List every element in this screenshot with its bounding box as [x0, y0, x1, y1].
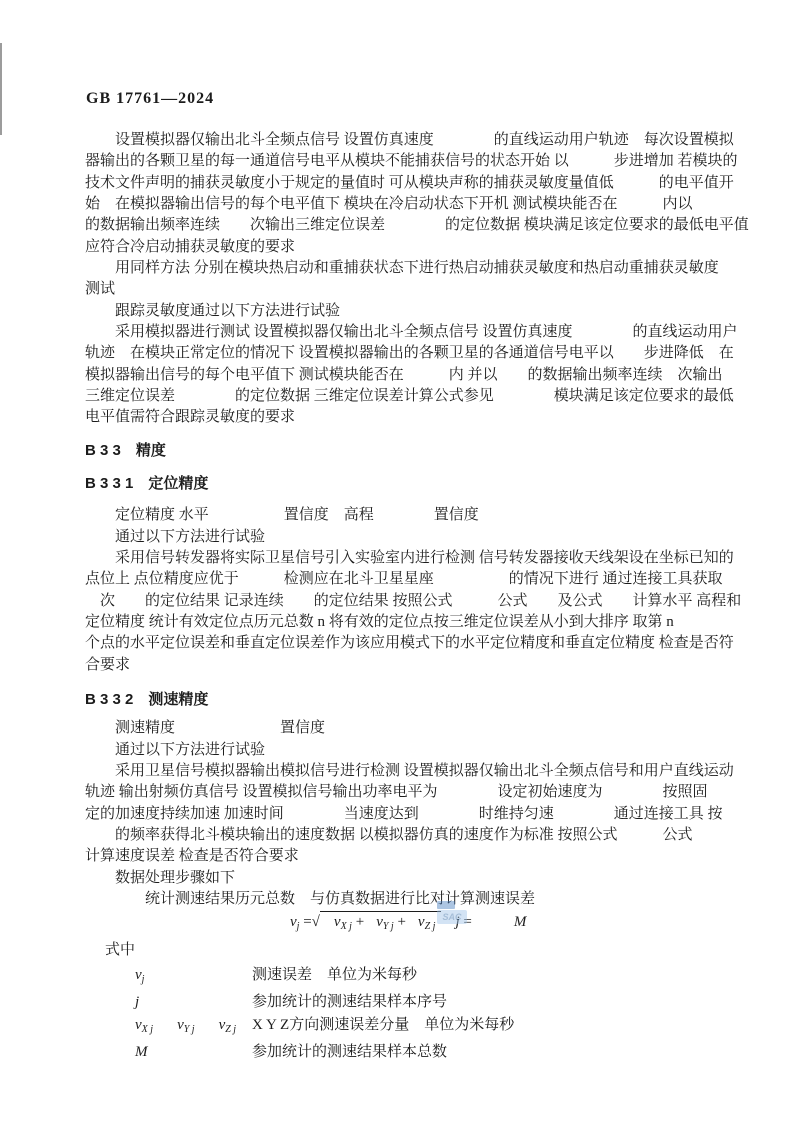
section-heading-b331: B 3 3 1 定位精度 — [85, 473, 715, 494]
where-term: j — [85, 991, 252, 1014]
symbol-sub: Z j — [225, 1024, 236, 1035]
para-line: 轨迹 在模块正常定位的情况下 设置模拟器输出的各颗卫星的各通道信号电平以 步进降… — [85, 343, 715, 364]
para-line: 计算速度误差 检查是否符合要求 — [85, 846, 715, 867]
term-vx-sub: X j — [341, 921, 352, 932]
where-row: M 参加统计的测速结果样本总数 — [85, 1041, 715, 1064]
standard-number: GB 17761—2024 — [86, 90, 214, 108]
where-definition: X Y Z方向测速误差分量 单位为米每秒 — [252, 1014, 514, 1041]
term-vz-sub: Z j — [425, 921, 436, 932]
para-line: 采用卫星信号模拟器输出模拟信号进行检测 设置模拟器仅输出北斗全频点信号和用户直线… — [85, 761, 715, 782]
para-line: 采用模拟器进行测试 设置模拟器仅输出北斗全频点信号 设置仿真速度 的直线运动用户 — [85, 322, 715, 343]
term-vz: v — [418, 914, 425, 930]
scan-edge-artifact — [0, 43, 2, 135]
total-var: M — [514, 914, 527, 930]
symbol: v — [135, 967, 142, 983]
term-vy: v — [376, 914, 383, 930]
symbol-sub: j — [142, 974, 145, 985]
symbol: v — [177, 1017, 184, 1033]
para-line: 通过以下方法进行试验 — [85, 740, 715, 761]
term-vy-sub: Y j — [383, 921, 394, 932]
symbol: v — [135, 1017, 142, 1033]
para-line: 用同样方法 分别在模块热启动和重捕获状态下进行热启动捕获灵敏度和热启动重捕获灵敏… — [85, 258, 715, 279]
radical-sign: √ — [312, 914, 320, 930]
formula-lhs-sub: j — [297, 921, 300, 932]
para-line: 的数据输出频率连续 次输出三维定位误差 的定位数据 模块满足该定位要求的最低电平… — [85, 215, 715, 236]
where-row: vX jvY jvZ j X Y Z方向测速误差分量 单位为米每秒 — [85, 1014, 715, 1041]
plus-sign: + — [356, 914, 364, 930]
para-line: 通过以下方法进行试验 — [85, 527, 715, 548]
where-list: vj 测速误差 单位为米每秒 j 参加统计的测速结果样本序号 vX jvY jv… — [85, 964, 715, 1064]
where-definition: 测速误差 单位为米每秒 — [252, 964, 417, 991]
para-line: 个点的水平定位误差和垂直定位误差作为该应用模式下的水平定位精度和垂直定位精度 检… — [85, 633, 715, 654]
section-heading-b33: B 3 3 精度 — [85, 440, 715, 461]
equals-sign: = — [463, 914, 471, 930]
symbol: M — [135, 1044, 148, 1060]
para-line: 电平值需符合跟踪灵敏度的要求 — [85, 407, 715, 428]
where-definition: 参加统计的测速结果样本序号 — [252, 991, 447, 1014]
para-line: 跟踪灵敏度通过以下方法进行试验 — [85, 301, 715, 322]
where-term: M — [85, 1041, 252, 1064]
para-line: 数据处理步骤如下 — [85, 868, 715, 889]
symbol: j — [135, 994, 139, 1010]
para-line: 定的加速度持续加速 加速时间 当速度达到 时维持匀速 通过连接工具 按 — [85, 804, 715, 825]
para-line: 模拟器输出信号的每个电平值下 测试模块能否在 内 并以 的数据输出频率连续 次输… — [85, 365, 715, 386]
para-line: 次 的定位结果 记录连续 的定位结果 按照公式 公式 及公式 计算水平 高程和 — [85, 591, 715, 612]
where-row: vj 测速误差 单位为米每秒 — [85, 964, 715, 991]
equals-sign: = — [303, 914, 311, 930]
para-line: 定位精度 统计有效定位点历元总数 n 将有效的定位点按三维定位误差从小到大排序 … — [85, 612, 715, 633]
index-var: j — [455, 914, 459, 930]
where-label: 式中 — [85, 940, 715, 961]
para-line: 始 在模拟器输出信号的每个电平值下 模块在冷启动状态下开机 测试模块能否在 内以 — [85, 194, 715, 215]
para-line: 技术文件声明的捕获灵敏度小于规定的量值时 可从模块声称的捕获灵敏度量值低 的电平… — [85, 173, 715, 194]
section-heading-b332: B 3 3 2 测速精度 — [85, 689, 715, 710]
symbol-sub: X j — [142, 1024, 153, 1035]
para-line: 合要求 — [85, 655, 715, 676]
formula-radicand: vX j +vY j +vZ j — [320, 911, 442, 937]
para-line: 轨迹 输出射频仿真信号 设置模拟信号输出功率电平为 设定初始速度为 按照固 — [85, 782, 715, 803]
para-line: 点位上 点位精度应优于 检测应在北斗卫星星座 的情况下进行 通过连接工具获取 — [85, 569, 715, 590]
document-page: GB 17761—2024 设置模拟器仅输出北斗全频点信号 设置仿真速度 的直线… — [0, 0, 793, 1122]
document-body: 设置模拟器仅输出北斗全频点信号 设置仿真速度 的直线运动用户轨迹 每次设置模拟 … — [85, 130, 715, 1064]
formula-speed-error: vj =√vX j +vY j +vZ jj =M — [85, 911, 715, 937]
where-term: vj — [85, 964, 252, 991]
para-line: 的频率获得北斗模块输出的速度数据 以模拟器仿真的速度作为标准 按照公式 公式 — [85, 825, 715, 846]
para-line: 应符合冷启动捕获灵敏度的要求 — [85, 237, 715, 258]
para-line: 测速精度 置信度 — [85, 718, 715, 739]
term-vx: v — [334, 914, 341, 930]
where-row: j 参加统计的测速结果样本序号 — [85, 991, 715, 1014]
para-line: 测试 — [85, 279, 715, 300]
para-line: 定位精度 水平 置信度 高程 置信度 — [85, 505, 715, 526]
para-line: 采用信号转发器将实际卫星信号引入实验室内进行检测 信号转发器接收天线架设在坐标已… — [85, 548, 715, 569]
where-definition: 参加统计的测速结果样本总数 — [252, 1041, 447, 1064]
para-line: 三维定位误差 的定位数据 三维定位误差计算公式参见 模块满足该定位要求的最低 — [85, 386, 715, 407]
para-line: 统计测速结果历元总数 与仿真数据进行比对计算测速误差 — [85, 889, 715, 910]
where-term: vX jvY jvZ j — [85, 1014, 252, 1041]
para-line: 器输出的各颗卫星的每一通道信号电平从模块不能捕获信号的状态开始 以 步进增加 若… — [85, 151, 715, 172]
plus-sign: + — [397, 914, 405, 930]
formula-lhs: v — [290, 914, 297, 930]
symbol-sub: Y j — [184, 1024, 195, 1035]
para-line: 设置模拟器仅输出北斗全频点信号 设置仿真速度 的直线运动用户轨迹 每次设置模拟 — [85, 130, 715, 151]
formula-index-range: j =M — [455, 914, 526, 930]
